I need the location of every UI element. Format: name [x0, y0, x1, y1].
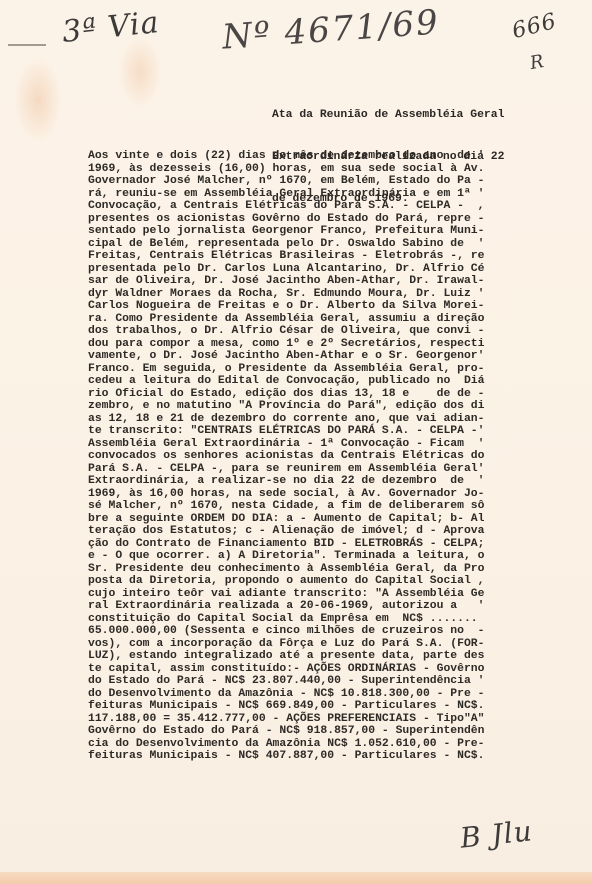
body-line: cedeu a leitura do Edital de Convocação,… — [88, 375, 558, 388]
body-line: ra. Como Presidente da Assembléia Geral,… — [88, 313, 558, 326]
body-line: rio Oficial do Estado, edição dos dias 1… — [88, 388, 558, 401]
body-line: 1969, às dezesseis (16,00) horas, em sua… — [88, 163, 558, 176]
body-line: Assembléia Geral Extraordinária - 1ª Con… — [88, 438, 558, 451]
body-line: sé Malcher, nº 1670, nesta Cidade, a fim… — [88, 500, 558, 513]
body-line: Governador José Malcher, nº 1670, em Bel… — [88, 175, 558, 188]
handwritten-rubric: R — [528, 51, 546, 74]
body-line: zembro, e no matutino "A Província do Pa… — [88, 400, 558, 413]
body-line: Pará S.A. - CELPA -, para se reunirem em… — [88, 463, 558, 476]
body-line: posta da Diretoria, propondo o aumento d… — [88, 575, 558, 588]
title-line: Ata da Reunião de Assembléia Geral — [272, 108, 572, 122]
document-page: 3ª Via Nº 4671/69 666 R Ata da Reunião d… — [0, 0, 592, 884]
body-line: ção do Contrato de Financiamento BID - E… — [88, 538, 558, 551]
handwritten-signature: B Jlu — [458, 814, 534, 854]
body-line: Carlos Nogueira de Freitas e o Dr. Alber… — [88, 300, 558, 313]
body-line: vamente, o Dr. José Jacintho Aben-Athar … — [88, 350, 558, 363]
body-line: feituras Municipais - NC$ 407.887,00 - P… — [88, 750, 558, 763]
body-line: Extraordinária, a realizar-se no dia 22 … — [88, 475, 558, 488]
body-line: sentado pelo jornalista Georgenor Franco… — [88, 225, 558, 238]
body-line: dou para compor a mesa, como 1º e 2º Sec… — [88, 338, 558, 351]
document-body: Aos vinte e dois (22) dias do mês de dez… — [88, 150, 558, 763]
body-line: Freitas, Centrais Elétricas Brasileiras … — [88, 250, 558, 263]
body-line: Govêrno do Estado do Pará - NC$ 918.857,… — [88, 725, 558, 738]
body-line: cipal de Belém, representada pelo Dr. Os… — [88, 238, 558, 251]
body-line: dyr Waldner Moraes da Rocha, Sr. Edmundo… — [88, 288, 558, 301]
body-line: Convocação, a Centrais Elétricas do Pará… — [88, 200, 558, 213]
ink-mark — [8, 40, 46, 46]
body-line: teração dos Estatutos; c - Alienação de … — [88, 525, 558, 538]
body-line: convocados os senhores acionistas da Cen… — [88, 450, 558, 463]
body-line: vos), com a incorporação da Fôrça e Luz … — [88, 638, 558, 651]
body-line: 1969, às 16,00 horas, na sede social, à … — [88, 488, 558, 501]
body-line: cia do Desenvolvimento da Amazônia NC$ 1… — [88, 738, 558, 751]
body-line: do Estado do Pará - NC$ 23.807.440,00 - … — [88, 675, 558, 688]
body-line: do Desenvolvimento da Amazônia - NC$ 10.… — [88, 688, 558, 701]
body-line: te transcrito: "CENTRAIS ELÉTRICAS DO PA… — [88, 425, 558, 438]
body-line: bre a seguinte ORDEM DO DIA: a - Aumento… — [88, 513, 558, 526]
page-edge — [0, 872, 592, 884]
handwritten-copy-note: 3ª Via — [60, 5, 161, 50]
body-line: Sr. Presidente deu conhecimento à Assemb… — [88, 563, 558, 576]
handwritten-process-number: Nº 4671/69 — [221, 2, 441, 57]
body-line: te capital, assim constituído:- AÇÕES OR… — [88, 663, 558, 676]
body-line: Franco. Em seguida, o Presidente da Asse… — [88, 363, 558, 376]
handwritten-page-number: 666 — [510, 9, 560, 44]
body-line: e - O que ocorrer. a) A Diretoria". Term… — [88, 550, 558, 563]
body-line: Aos vinte e dois (22) dias do mês de dez… — [88, 150, 558, 163]
body-line: sar de Oliveira, Dr. José Jacintho Aben-… — [88, 275, 558, 288]
body-line: 65.000.000,00 (Sessenta e cinco milhões … — [88, 625, 558, 638]
body-line: dos trabalhos, o Dr. Alfrio César de Oli… — [88, 325, 558, 338]
body-line: rá, reuniu-se em Assembléia Geral Extrao… — [88, 188, 558, 201]
body-line: feituras Municipais - NC$ 669.849,00 - P… — [88, 700, 558, 713]
body-line: presentada pelo Dr. Carlos Luna Alcantar… — [88, 263, 558, 276]
body-line: cujo inteiro teôr vai adiante transcrito… — [88, 588, 558, 601]
body-line: presentes os acionistas Govêrno do Estad… — [88, 213, 558, 226]
body-line: constituição do Capital Social da Emprês… — [88, 613, 558, 626]
body-line: ral Extraordinária realizada a 20-06-196… — [88, 600, 558, 613]
body-line: 117.188,00 = 35.412.777,00 - AÇÕES PREFE… — [88, 713, 558, 726]
body-line: as 12, 18 e 21 de dezembro do corrente a… — [88, 413, 558, 426]
body-line: LUZ), estando integralizado até a presen… — [88, 650, 558, 663]
